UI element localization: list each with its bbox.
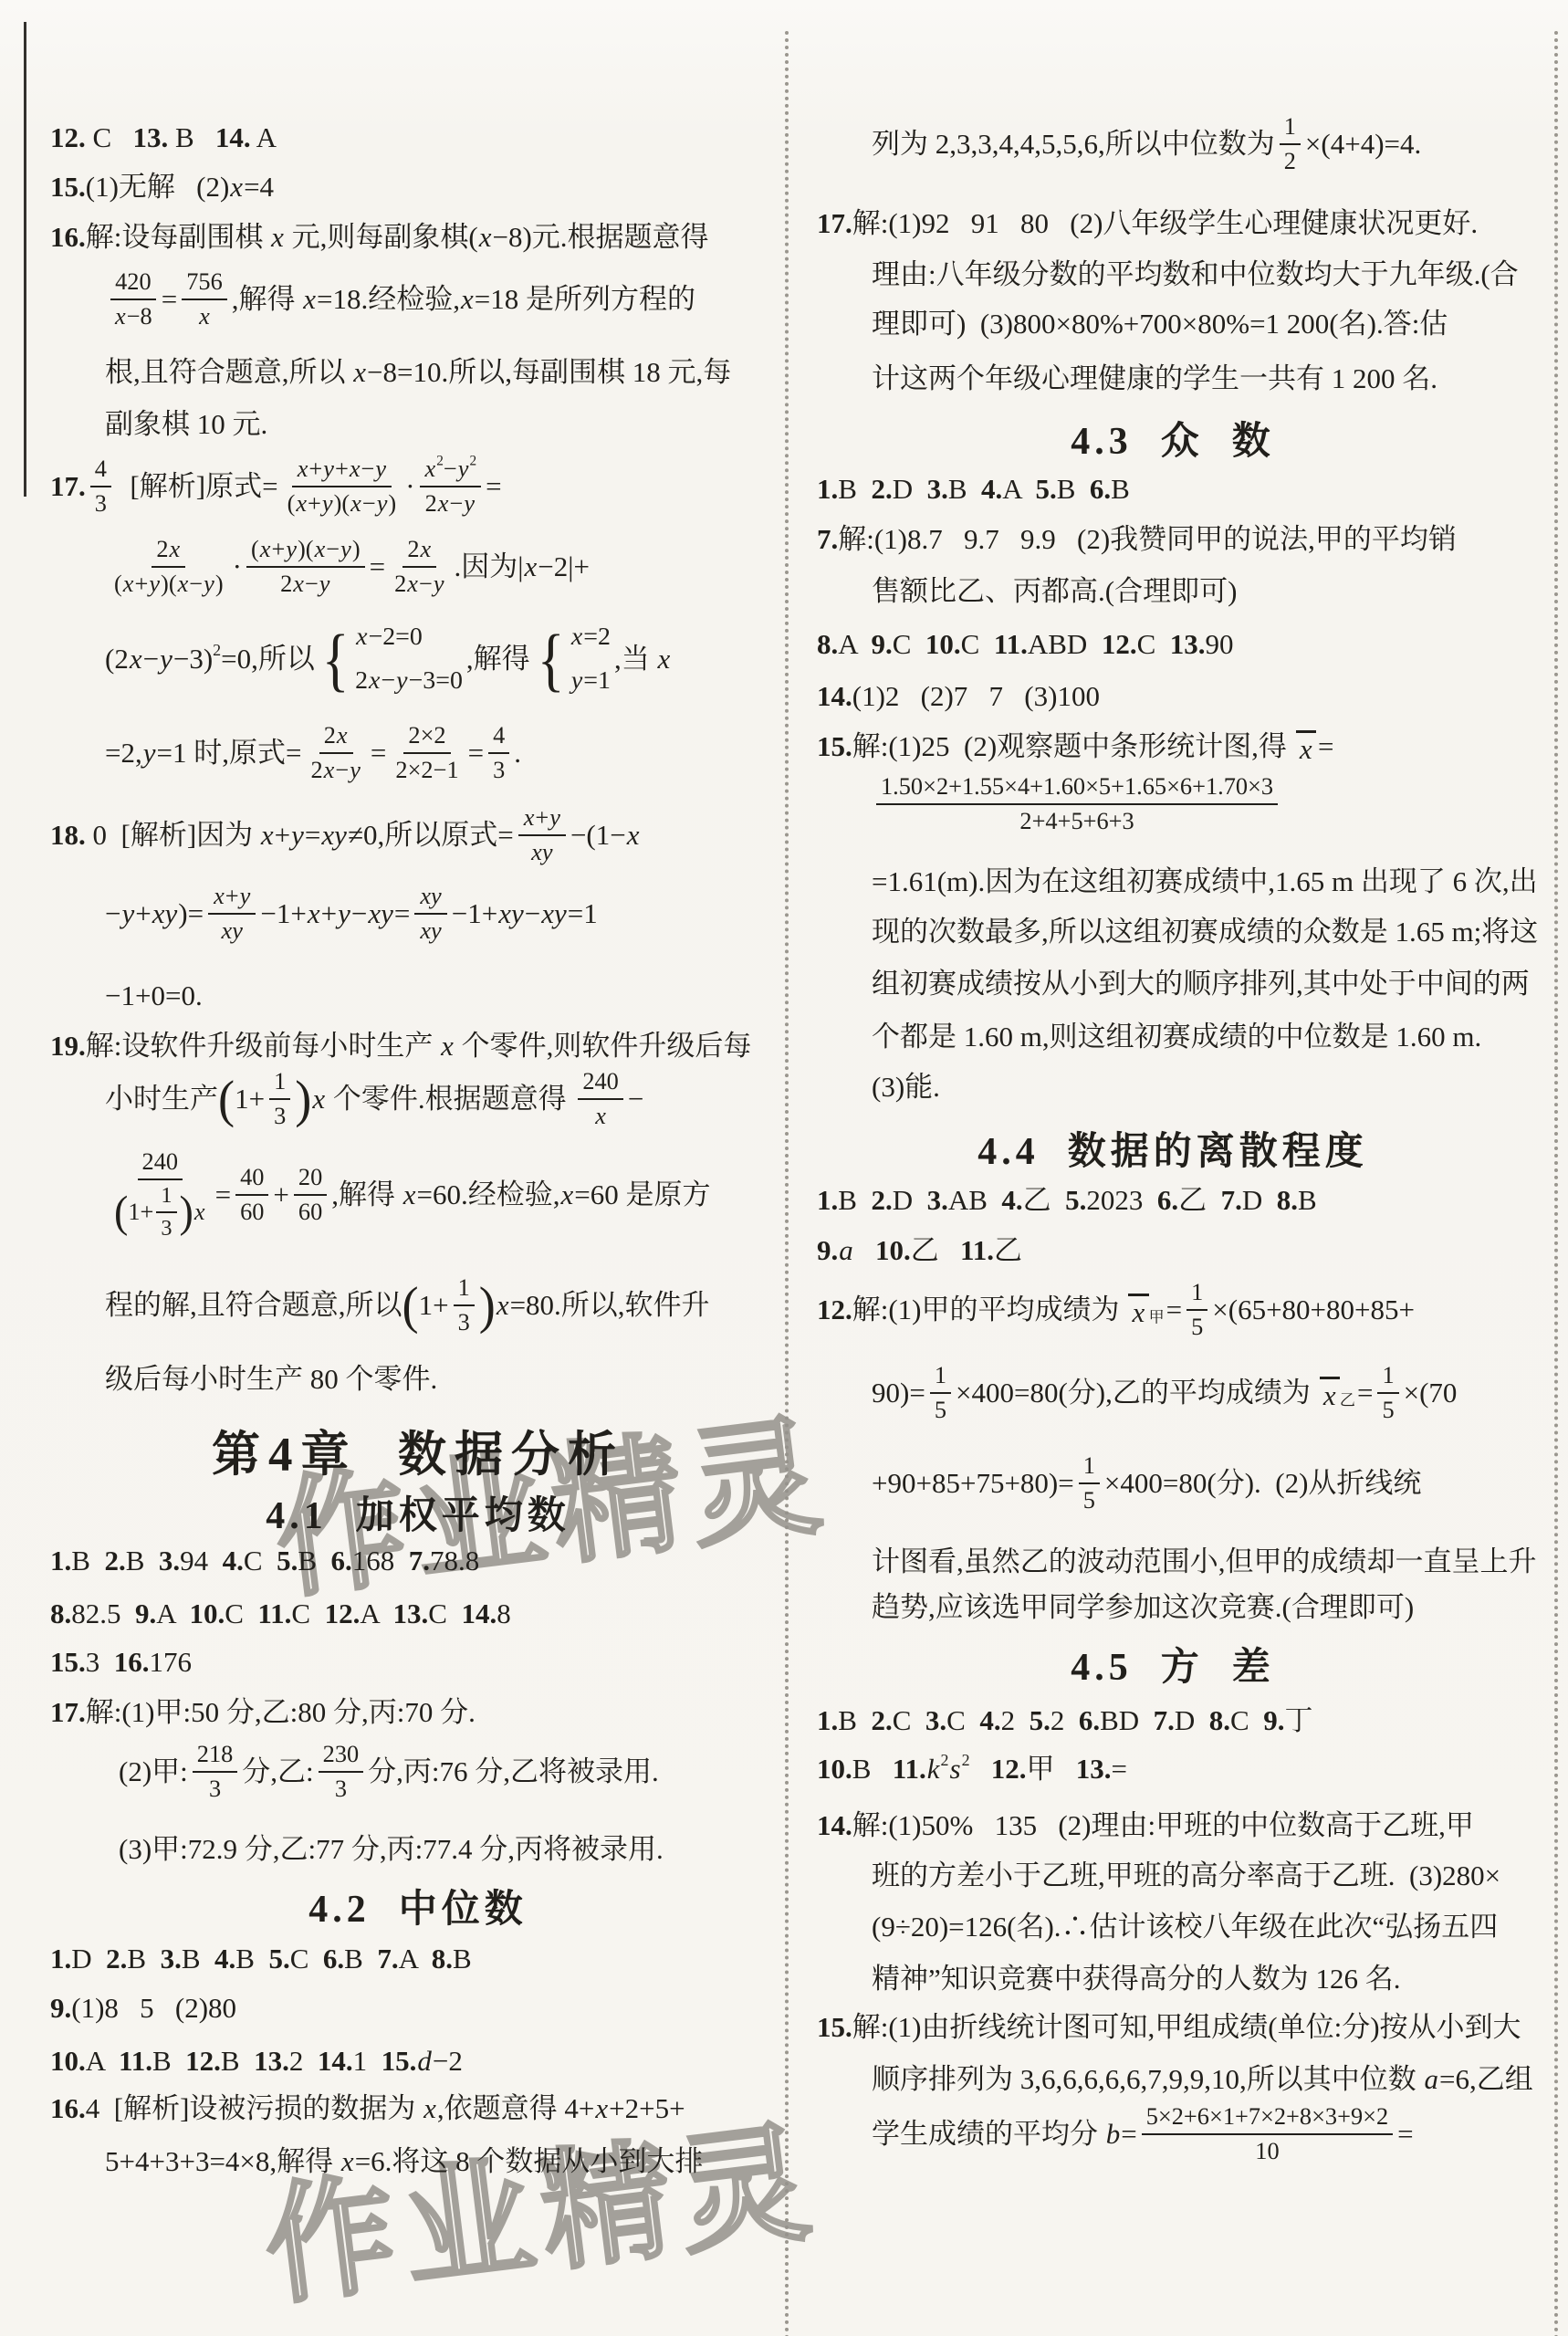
math-variable: x — [297, 456, 309, 483]
math-variable: x — [314, 536, 327, 563]
item-number: 4. — [214, 1939, 235, 1980]
text-run: = — [486, 466, 501, 508]
text-run: 168 — [352, 1541, 409, 1582]
text-run: 756 — [186, 268, 223, 296]
text-run: = — [305, 815, 320, 856]
fraction-numerator: 1 — [1280, 113, 1301, 145]
text-run: − — [143, 639, 159, 680]
item-number: 10. — [817, 1749, 852, 1790]
math-variable: x — [122, 571, 135, 598]
text-run: C — [428, 1594, 461, 1635]
math-variable: x — [114, 303, 127, 330]
text-run: 1 — [161, 1183, 172, 1209]
text-run: 理由:八年级分数的平均数和中位数均大于九年级.(合 — [872, 255, 1519, 296]
text-run: 售额比乙、丙都高.(合理即可) — [872, 571, 1237, 613]
fraction-numerator: 218 — [193, 1741, 238, 1773]
answer-line: 14.解:(1)50% 135 (2)理由:甲班的中位数高于乙班,甲 — [817, 1806, 1474, 1847]
text-run: 解:(1)92 91 80 (2)八年级学生心理健康状况更好. — [852, 204, 1478, 245]
text-run: ×(4+4)=4. — [1305, 124, 1421, 165]
math-variable: x — [270, 217, 285, 258]
text-run: −8)元.根据题意得 — [492, 217, 708, 258]
fraction-numerator: 1 — [1079, 1452, 1100, 1484]
fraction: 4060 — [235, 1164, 268, 1227]
fraction-numerator: 230 — [319, 1741, 364, 1773]
text-run: 丁 — [1284, 1701, 1312, 1742]
text-run: 60 — [240, 1199, 264, 1226]
text-run: )( — [298, 536, 314, 563]
answer-line: 420x−8=756x,解得 x=18.经检验,x=18 是所列方程的 — [105, 268, 695, 331]
item-number: 13. — [132, 118, 168, 159]
text-run: + — [135, 894, 151, 935]
answer-line: +90+85+75+80)=15×400=80(分). (2)从折线统 — [872, 1452, 1421, 1515]
left-brace: { — [537, 624, 564, 696]
text-run: ,依题意得 4+ — [437, 2089, 594, 2130]
text-run: 理即可) (3)800×80%+700×80%=1 200(名).答:估 — [872, 304, 1448, 345]
text-run: B — [152, 2041, 185, 2082]
text-run: = — [370, 547, 385, 588]
math-variable: x — [169, 536, 182, 563]
text-run: 2 — [407, 536, 419, 563]
text-run: ,解得 — [331, 1175, 402, 1216]
math-variable: y — [148, 571, 161, 598]
text-run: 现的次数最多,所以这组初赛成绩的众数是 1.65 m;将这 — [872, 912, 1538, 953]
answer-line: 15.(1)无解 (2)x=4 — [50, 167, 274, 208]
text-run: −(1− — [570, 815, 626, 856]
text-run: (3)能. — [872, 1067, 940, 1108]
fraction-denominator: 3 — [488, 754, 509, 784]
text-run: )( — [334, 490, 350, 518]
text-run: − — [305, 571, 319, 598]
fraction-denominator: xy — [414, 915, 446, 945]
big-paren: ( — [218, 1074, 235, 1126]
text-run: B — [221, 2041, 254, 2082]
answer-line: 级后每小时生产 80 个零件. — [105, 1359, 437, 1400]
answer-line: 1.50×2+1.55×4+1.60×5+1.65×6+1.70×32+4+5+… — [872, 773, 1282, 836]
subscript: 甲 — [1149, 1307, 1165, 1330]
item-number: 1. — [50, 1939, 71, 1980]
text-run: 解:设软件升级前每小时生产 — [86, 1026, 440, 1067]
item-number: 6. — [323, 1939, 344, 1980]
mean-variable: x — [1133, 1298, 1145, 1328]
superscript: 2 — [469, 454, 476, 470]
fraction-numerator: 1 — [454, 1274, 475, 1306]
item-number: 12. — [1102, 624, 1137, 665]
text-run: (1)无解 (2) — [86, 167, 230, 208]
text-run: −3=0 — [409, 663, 463, 699]
fraction-numerator: 20 — [294, 1164, 327, 1196]
math-variable: x — [437, 490, 450, 518]
text-run: B — [948, 469, 981, 510]
item-number: 3. — [927, 469, 948, 510]
text-run: = — [1318, 727, 1333, 768]
text-run: B — [298, 1541, 330, 1582]
text-run: (1)8 5 (2)80 — [71, 1988, 236, 2029]
fraction-denominator: 2x−y — [390, 568, 449, 598]
text-run: =2, — [105, 733, 142, 774]
fraction: 2x2x−y — [390, 536, 449, 599]
item-number: 6. — [331, 1541, 352, 1582]
fraction-numerator: 1 — [930, 1362, 951, 1394]
text-run: +90+85+75+80)= — [872, 1463, 1074, 1504]
section-heading: 4.5 方 差 — [1071, 1640, 1275, 1696]
answer-line: 班的方差小于乙班,甲班的高分率高于乙班. (3)280× — [872, 1856, 1500, 1897]
fraction-denominator: 5 — [1079, 1484, 1100, 1514]
fraction: 2183 — [193, 1741, 238, 1804]
text-run: − — [525, 894, 540, 935]
text-run — [970, 1749, 991, 1790]
answer-line: 9.a 10.乙 11.乙 — [817, 1231, 1022, 1272]
text-run: 2×2 — [408, 722, 445, 749]
text-run: =60.经检验, — [417, 1175, 560, 1216]
mean-variable: x — [1323, 1381, 1336, 1411]
item-number: 7. — [1221, 1180, 1242, 1221]
text-run: 3 — [458, 1309, 470, 1336]
fraction-numerator: x+y — [518, 804, 566, 836]
fraction: 15 — [1079, 1452, 1100, 1515]
text-run: C — [893, 624, 925, 665]
answer-line: 1.B 2.C 3.C 4.2 5.2 6.BD 7.D 8.C 9.丁 — [817, 1701, 1312, 1742]
text-run: −1+0=0. — [105, 976, 203, 1017]
item-number: 13. — [393, 1594, 429, 1635]
section-heading: 4.4 数据的离散程度 — [977, 1125, 1368, 1180]
text-run: 2 — [355, 663, 368, 699]
item-number: 1. — [817, 1701, 838, 1742]
math-variable: x — [406, 571, 419, 598]
fraction: 2060 — [294, 1164, 327, 1227]
math-variable: a — [1424, 2059, 1440, 2100]
fraction-numerator: (x+y)(x−y) — [246, 536, 365, 568]
text-run: − — [444, 456, 457, 483]
item-number: 12. — [185, 2041, 221, 2082]
math-variable: xy — [367, 894, 394, 935]
text-run: =6,乙组 — [1439, 2059, 1533, 2100]
text-run: − — [361, 456, 375, 483]
text-run: (9÷20)=126(名).∴估计该校八年级在此次“弘扬五四 — [872, 1907, 1498, 1948]
text-run: = — [1397, 2114, 1413, 2155]
column-divider-dotted-line — [785, 31, 789, 2336]
text-run: 4 — [95, 456, 107, 483]
answer-line: 12. C 13. B 14. A — [50, 118, 277, 159]
text-run: ABD — [1028, 624, 1102, 665]
superscript: 2 — [436, 454, 444, 470]
item-number: 7. — [1154, 1701, 1175, 1742]
section-heading: 4.3 众 数 — [1071, 414, 1275, 470]
section-heading: 4.1 加权平均数 — [266, 1489, 570, 1545]
text-run: D — [893, 469, 927, 510]
text-run: 1+ — [419, 1285, 449, 1326]
math-variable: y — [321, 490, 334, 518]
text-run: B — [838, 1701, 871, 1742]
math-variable: k — [926, 1749, 941, 1790]
math-variable: x — [352, 352, 367, 393]
fraction-numerator: 4 — [90, 456, 111, 487]
answer-line: 售额比乙、丙都高.(合理即可) — [872, 571, 1237, 613]
text-run: 3 — [335, 1776, 347, 1803]
item-number: 15. — [382, 2041, 417, 2082]
text-run: D — [1175, 1701, 1209, 1742]
text-run: B — [1298, 1180, 1317, 1221]
item-number: 9. — [50, 1988, 71, 2029]
fraction: x2−y22x−y — [420, 456, 482, 519]
text-run: 班的方差小于乙班,甲班的高分率高于乙班. (3)280× — [872, 1856, 1500, 1897]
text-run: 解:(1)甲的平均成绩为 — [852, 1290, 1127, 1331]
fraction-denominator: 3 — [269, 1100, 290, 1130]
item-number: 6. — [1079, 1701, 1100, 1742]
text-run: 2 — [280, 571, 292, 598]
text-run: + — [271, 536, 285, 563]
text-run: B — [1111, 469, 1130, 510]
text-run: 个零件,则软件升级后每 — [455, 1026, 752, 1067]
math-variable: x — [402, 1175, 417, 1216]
item-number: 2. — [871, 469, 892, 510]
text-run: C — [893, 1701, 925, 1742]
item-number: 16. — [50, 2089, 86, 2130]
fraction-denominator: 5 — [1377, 1394, 1398, 1424]
answer-line: 17.解:(1)甲:50 分,乙:80 分,丙:70 分. — [50, 1692, 476, 1734]
fraction-denominator: 2x−y — [306, 754, 365, 784]
text-run: 4.2 中位数 — [308, 1882, 528, 1938]
answer-line: 小时生产(1+13)x 个零件.根据题意得 240x− — [105, 1068, 643, 1131]
text-run: 1.50×2+1.55×4+1.60×5+1.65×6+1.70×3 — [881, 773, 1273, 801]
fraction-denominator: 60 — [235, 1196, 268, 1226]
text-run: C — [290, 1939, 323, 1980]
text-run — [854, 1231, 875, 1272]
text-run: − — [189, 571, 203, 598]
math-variable: x — [460, 279, 475, 320]
text-run: 218 — [197, 1741, 234, 1768]
text-run: (2)甲: — [119, 1752, 188, 1793]
text-run: + — [308, 456, 322, 483]
math-variable: xy — [497, 894, 525, 935]
math-variable: y — [239, 883, 252, 910]
math-variable: x — [656, 639, 671, 680]
text-run: B — [71, 1541, 104, 1582]
math-variable: x — [559, 1175, 574, 1216]
cases-row: 2x−y−3=0 — [355, 663, 463, 699]
text-run: B — [852, 1749, 893, 1790]
text-run: D — [893, 1180, 927, 1221]
answer-line: =2,y=1 时,原式=2x2x−y=2×22×2−1=43. — [105, 722, 521, 785]
math-variable: x — [259, 536, 272, 563]
item-number: 15. — [50, 167, 86, 208]
math-variable: x — [213, 883, 225, 910]
text-run: . — [514, 733, 521, 774]
math-variable: s — [948, 1749, 961, 1790]
item-number: 5. — [1030, 1701, 1051, 1742]
math-variable: y — [395, 663, 408, 699]
item-number: 15. — [817, 2007, 852, 2048]
text-run: =18 是所列方程的 — [475, 279, 695, 320]
text-run: = — [1357, 1373, 1373, 1414]
text-run: 3 — [86, 1642, 114, 1683]
text-run: =60 是原方 — [574, 1175, 710, 1216]
math-variable: xy — [540, 894, 568, 935]
math-variable: x — [229, 167, 244, 208]
big-paren: ) — [479, 1280, 496, 1332]
text-run: 程的解,且符合题意,所以 — [105, 1285, 402, 1326]
fraction-numerator: 5×2+6×1+7×2+8×3+9×2 — [1142, 2103, 1393, 2135]
item-number: 2. — [104, 1541, 125, 1582]
answer-line: 12.解:(1)甲的平均成绩为 x甲=15×(65+80+80+85+ — [817, 1279, 1415, 1342]
superscript: 2 — [941, 1749, 949, 1773]
item-number: 4. — [979, 1701, 1000, 1742]
text-run: B — [182, 1939, 214, 1980]
fraction-denominator: x — [590, 1100, 612, 1130]
text-run: =80.所以,软件升 — [510, 1285, 710, 1326]
text-run: 240 — [582, 1068, 619, 1095]
item-number: 12. — [817, 1290, 852, 1331]
item-number: 5. — [1065, 1180, 1086, 1221]
big-paren: ( — [402, 1280, 419, 1332]
text-run: 计图看,虽然乙的波动范围小,但甲的成绩却一直呈上升 — [872, 1542, 1537, 1583]
text-run: 乙 — [994, 1231, 1022, 1272]
text-run: B — [168, 118, 215, 159]
item-number: 9. — [871, 624, 892, 665]
math-variable: d — [416, 2041, 433, 2082]
text-run: + — [273, 1175, 288, 1216]
text-run: = — [1121, 2114, 1136, 2155]
text-run: ,解得 — [466, 639, 530, 680]
math-variable: xy — [320, 815, 348, 856]
text-run: − — [419, 571, 433, 598]
item-number: 8. — [1277, 1180, 1298, 1221]
math-variable: y — [463, 490, 476, 518]
section-heading: 第4章 数据分析 — [212, 1420, 624, 1491]
text-run: 1+ — [128, 1199, 153, 1226]
left-margin-line — [24, 22, 26, 497]
text-run: − — [362, 490, 376, 518]
mean-variable: x — [1300, 735, 1312, 765]
fraction-numerator: 1 — [1377, 1362, 1398, 1394]
fraction-numerator: xy — [414, 883, 446, 915]
text-run: + — [335, 456, 349, 483]
mean-symbol: x — [1296, 730, 1316, 765]
text-run: = — [371, 733, 386, 774]
text-run: 解:(1)50% 135 (2)理由:甲班的中位数高于乙班,甲 — [852, 1806, 1474, 1847]
text-run: 1 — [1284, 113, 1296, 141]
text-run: 分,丙:76 分,乙将被录用. — [368, 1752, 659, 1793]
answer-line: 列为 2,3,3,4,4,5,5,6,所以中位数为12×(4+4)=4. — [872, 113, 1421, 176]
fraction-denominator: (x+y)(x−y) — [283, 487, 402, 518]
answer-line: (9÷20)=126(名).∴估计该校八年级在此次“弘扬五四 — [872, 1907, 1498, 1948]
text-run: 解:(1)甲:50 分,乙:80 分,丙:70 分. — [86, 1692, 476, 1734]
fraction-denominator: (x+y)(x−y) — [110, 568, 228, 598]
item-number: 14. — [461, 1594, 497, 1635]
overline-group: x — [1128, 1294, 1148, 1328]
text-run: 4.4 数据的离散程度 — [977, 1125, 1368, 1180]
fraction: 43 — [488, 722, 509, 785]
text-run: 1 — [1382, 1362, 1394, 1389]
item-number: 11. — [960, 1231, 994, 1272]
answer-line: 16.解:设每副围棋 x 元,则每副象棋(x−8)元.根据题意得 — [50, 217, 709, 258]
answer-line: 17.解:(1)92 91 80 (2)八年级学生心理健康状况更好. — [817, 204, 1478, 245]
text-run: =18.经检验, — [317, 279, 460, 320]
fraction: 13 — [269, 1068, 290, 1131]
text-run: 2023 — [1086, 1180, 1157, 1221]
text-run: −2 — [433, 2041, 463, 2082]
math-variable: xy — [152, 894, 179, 935]
fraction-denominator: 2x−y — [276, 568, 335, 598]
text-run: 176 — [150, 1642, 193, 1683]
fraction: xyxy — [414, 883, 446, 946]
fraction-denominator: (1+13)x — [110, 1180, 211, 1241]
item-number: 11. — [257, 1594, 291, 1635]
answer-line: 15.3 16.176 — [50, 1642, 192, 1683]
text-run: ×(65+80+80+85+ — [1212, 1290, 1415, 1331]
cases-group: {x=2y=1 — [534, 619, 611, 700]
math-variable: y — [337, 894, 351, 935]
item-number: 11. — [119, 2041, 152, 2082]
overline-group: x — [1320, 1377, 1340, 1411]
big-paren: ) — [295, 1074, 311, 1126]
text-run: ≠0,所以原式= — [348, 815, 514, 856]
math-variable: y — [376, 490, 389, 518]
fraction-numerator: x+y — [208, 883, 256, 915]
text-run: 8 — [497, 1594, 511, 1635]
text-run: AB — [948, 1180, 1002, 1221]
text-run: 副象棋 10 元. — [105, 404, 267, 445]
answer-line: 9.(1)8 5 (2)80 — [50, 1988, 236, 2029]
text-run: 78.8 — [430, 1541, 479, 1582]
text-run: 94 — [180, 1541, 223, 1582]
text-run: )( — [161, 571, 177, 598]
text-run: −1+ — [452, 894, 497, 935]
item-number: 2. — [106, 1939, 127, 1980]
math-variable: x — [311, 1079, 326, 1120]
text-run: C — [244, 1541, 277, 1582]
answer-line: 90)=15×400=80(分),乙的平均成绩为 x乙=15×(70 — [872, 1362, 1457, 1425]
left-brace: { — [322, 624, 350, 696]
math-variable: x — [368, 663, 381, 699]
fraction-numerator: 1 — [1186, 1279, 1207, 1311]
math-variable: x — [302, 279, 317, 320]
text-run: 4.1 加权平均数 — [266, 1489, 570, 1545]
text-run: 4.5 方 差 — [1071, 1640, 1275, 1696]
item-number: 15. — [50, 1642, 86, 1683]
fraction-numerator: 240 — [138, 1148, 183, 1180]
item-number: 10. — [189, 1594, 225, 1635]
math-variable: y — [203, 571, 215, 598]
text-run: =1.61(m).因为在这组初赛成绩中,1.65 m 出现了 6 次,出 — [872, 862, 1538, 903]
fraction-numerator: 420 — [110, 268, 156, 300]
text-run: 5 — [1191, 1314, 1203, 1341]
text-run: 2 — [156, 536, 168, 563]
fraction-denominator: 3 — [156, 1213, 176, 1241]
item-number: 14. — [817, 1806, 852, 1847]
answer-line: 根,且符合题意,所以 x−8=10.所以,每副围棋 18 元,每 — [105, 352, 731, 393]
item-number: 14. — [817, 676, 852, 718]
fraction-numerator: 1 — [156, 1183, 176, 1213]
fraction: 5×2+6×1+7×2+8×3+9×210 — [1142, 2103, 1393, 2166]
text-run: B — [838, 469, 871, 510]
math-variable: b — [1105, 2114, 1122, 2155]
text-run: −8=10.所以,每副围棋 18 元,每 — [367, 352, 731, 393]
text-run: 1 — [935, 1362, 946, 1389]
answer-line: 240(1+13)x=4060+2060,解得 x=60.经检验,x=60 是原… — [105, 1148, 710, 1241]
math-variable: x — [594, 1103, 607, 1130]
answer-line: 18. 0 [解析]因为 x+y=xy≠0,所以原式=x+yxy−(1−x — [50, 804, 641, 867]
math-variable: x — [626, 815, 641, 856]
text-run: 3 — [161, 1216, 172, 1241]
answer-line: 精神”知识竞赛中获得高分的人数为 126 名. — [872, 1959, 1401, 2000]
fraction: 1.50×2+1.55×4+1.60×5+1.65×6+1.70×32+4+5+… — [876, 773, 1278, 836]
fraction-numerator: 240 — [578, 1068, 623, 1100]
text-run: =1 — [568, 894, 598, 935]
text-run: 甲 — [1027, 1749, 1076, 1790]
answer-line: 理即可) (3)800×80%+700×80%=1 200(名).答:估 — [872, 304, 1448, 345]
text-run: 解:(1)8.7 9.7 9.9 (2)我赞同甲的说法,甲的平均销 — [838, 519, 1457, 560]
cases-row: y=1 — [570, 663, 611, 699]
